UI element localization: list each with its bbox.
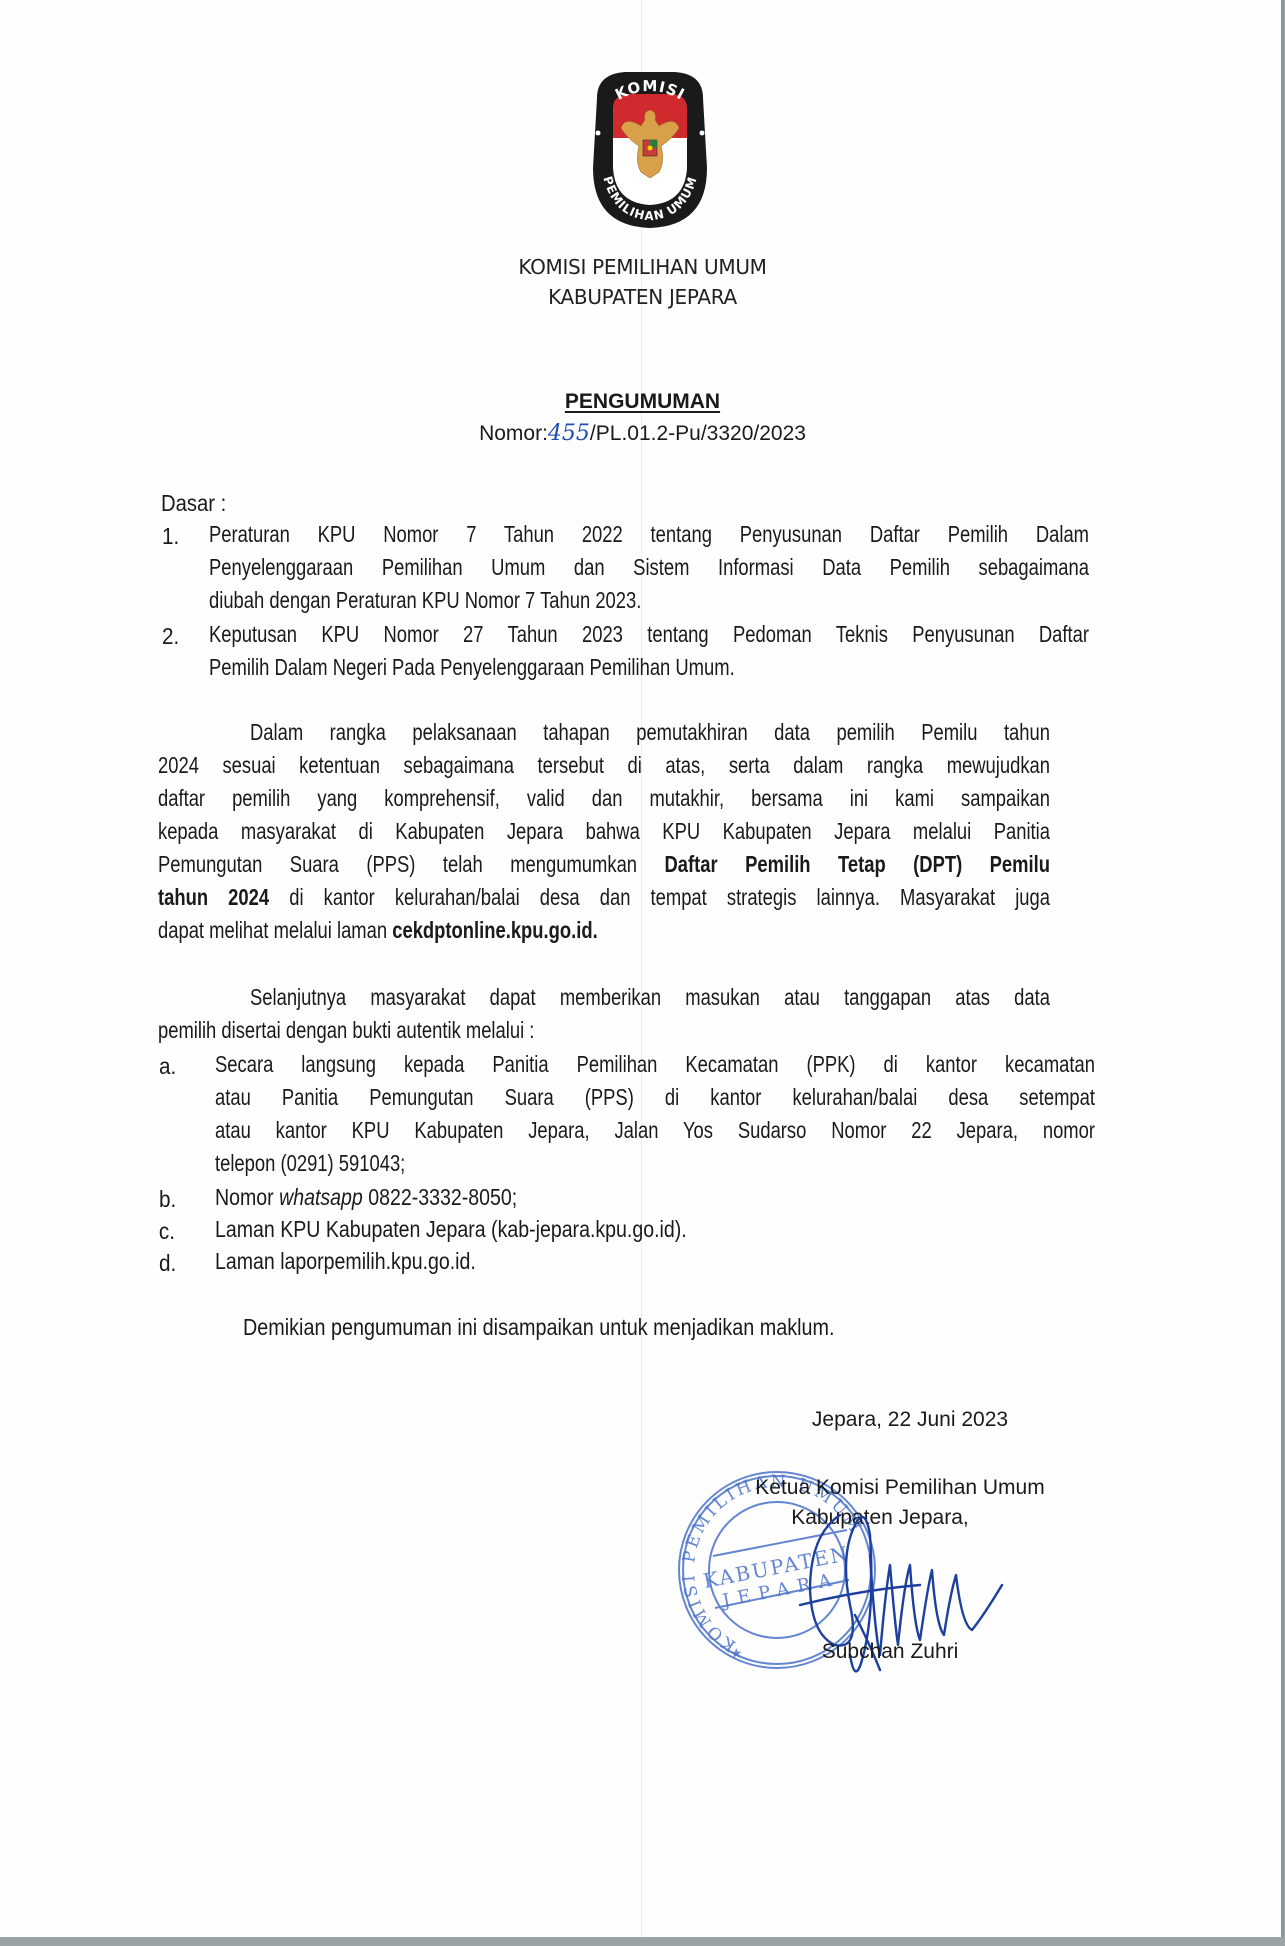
document-number: Nomor:455/PL.01.2-Pu/3320/2023 (0, 421, 1285, 446)
channel-d-label: d. (159, 1250, 176, 1277)
channel-a-line-1: Secara langsung kepada Panitia Pemilihan… (215, 1048, 1095, 1082)
document-page: KOMISI PEMILIHAN UMUM KOMISI PEMILIHAN U… (0, 0, 1284, 1937)
dasar-item-1-line-1: Peraturan KPU Nomor 7 Tahun 2022 tentang… (209, 518, 1089, 552)
paragraph-1-line-5-text: Pemungutan Suara (PPS) telah mengumumkan (158, 851, 664, 877)
paragraph-1-line-3: daftar pemilih yang komprehensif, valid … (158, 782, 1050, 816)
channel-d-text: Laman laporpemilih.kpu.go.id. (215, 1245, 476, 1279)
channel-b-label: b. (159, 1186, 176, 1213)
channel-b-prefix: Nomor (215, 1184, 279, 1210)
paragraph-2-line-1: Selanjutnya masyarakat dapat memberikan … (250, 981, 1050, 1015)
place-date: Jepara, 22 Juni 2023 (760, 1408, 1060, 1432)
channel-c-label: c. (159, 1218, 175, 1245)
channel-c-text: Laman KPU Kabupaten Jepara (kab-jepara.k… (215, 1213, 687, 1247)
paragraph-1-line-7: dapat melihat melalui laman cekdptonline… (158, 914, 598, 948)
org-name: KOMISI PEMILIHAN UMUM (0, 255, 1285, 279)
dpt-year-highlight: tahun 2024 (158, 884, 269, 910)
kpu-logo-icon: KOMISI PEMILIHAN UMUM (585, 68, 715, 230)
channel-b-text: Nomor whatsapp 0822-3332-8050; (215, 1181, 517, 1215)
paragraph-1-line-2: 2024 sesuai ketentuan sebagaimana terseb… (158, 749, 1050, 783)
closing-statement: Demikian pengumuman ini disampaikan untu… (243, 1311, 835, 1345)
paragraph-1-line-1: Dalam rangka pelaksanaan tahapan pemutak… (250, 716, 1050, 750)
paragraph-1-line-6: tahun 2024 di kantor kelurahan/balai des… (158, 881, 1050, 915)
paragraph-1-line-6-text: di kantor kelurahan/balai desa dan tempa… (269, 884, 1050, 910)
paragraph-1-line-7-text: dapat melihat melalui laman (158, 917, 392, 943)
signatory-name: Subchan Zuhri (800, 1640, 980, 1664)
paragraph-1-line-5: Pemungutan Suara (PPS) telah mengumumkan… (158, 848, 1050, 882)
handwritten-number: 455 (548, 421, 590, 446)
dpt-highlight: Daftar Pemilih Tetap (DPT) Pemilu (664, 851, 1050, 877)
channel-a-line-3: atau kantor KPU Kabupaten Jepara, Jalan … (215, 1114, 1095, 1148)
channel-a-line-4: telepon (0291) 591043; (215, 1147, 405, 1181)
channel-a-line-2: atau Panitia Pemungutan Suara (PPS) di k… (215, 1081, 1095, 1115)
channel-b-whatsapp: whatsapp (279, 1184, 363, 1210)
paragraph-2-line-2: pemilih disertai dengan bukti autentik m… (158, 1014, 534, 1048)
org-region: KABUPATEN JEPARA (0, 285, 1285, 309)
dasar-item-2-line-2: Pemilih Dalam Negeri Pada Penyelenggaraa… (209, 651, 735, 685)
channel-b-number: 0822-3332-8050; (363, 1184, 517, 1210)
paragraph-1-line-4: kepada masyarakat di Kabupaten Jepara ba… (158, 815, 1050, 849)
document-title: PENGUMUMAN (0, 390, 1285, 414)
cekdpt-link[interactable]: cekdptonline.kpu.go.id. (392, 917, 597, 943)
handwritten-signature-icon (780, 1495, 1060, 1695)
channel-a-label: a. (159, 1053, 176, 1080)
dasar-item-1-number: 1. (162, 523, 179, 550)
number-label: Nomor: (479, 422, 548, 445)
dasar-item-2-line-1: Keputusan KPU Nomor 27 Tahun 2023 tentan… (209, 618, 1089, 652)
dasar-item-2-number: 2. (162, 623, 179, 650)
number-suffix: /PL.01.2-Pu/3320/2023 (590, 422, 806, 445)
dasar-label: Dasar : (161, 487, 226, 521)
dasar-item-1-line-3: diubah dengan Peraturan KPU Nomor 7 Tahu… (209, 584, 641, 618)
dasar-item-1-line-2: Penyelenggaraan Pemilihan Umum dan Siste… (209, 551, 1089, 585)
svg-text:★: ★ (730, 1645, 743, 1661)
